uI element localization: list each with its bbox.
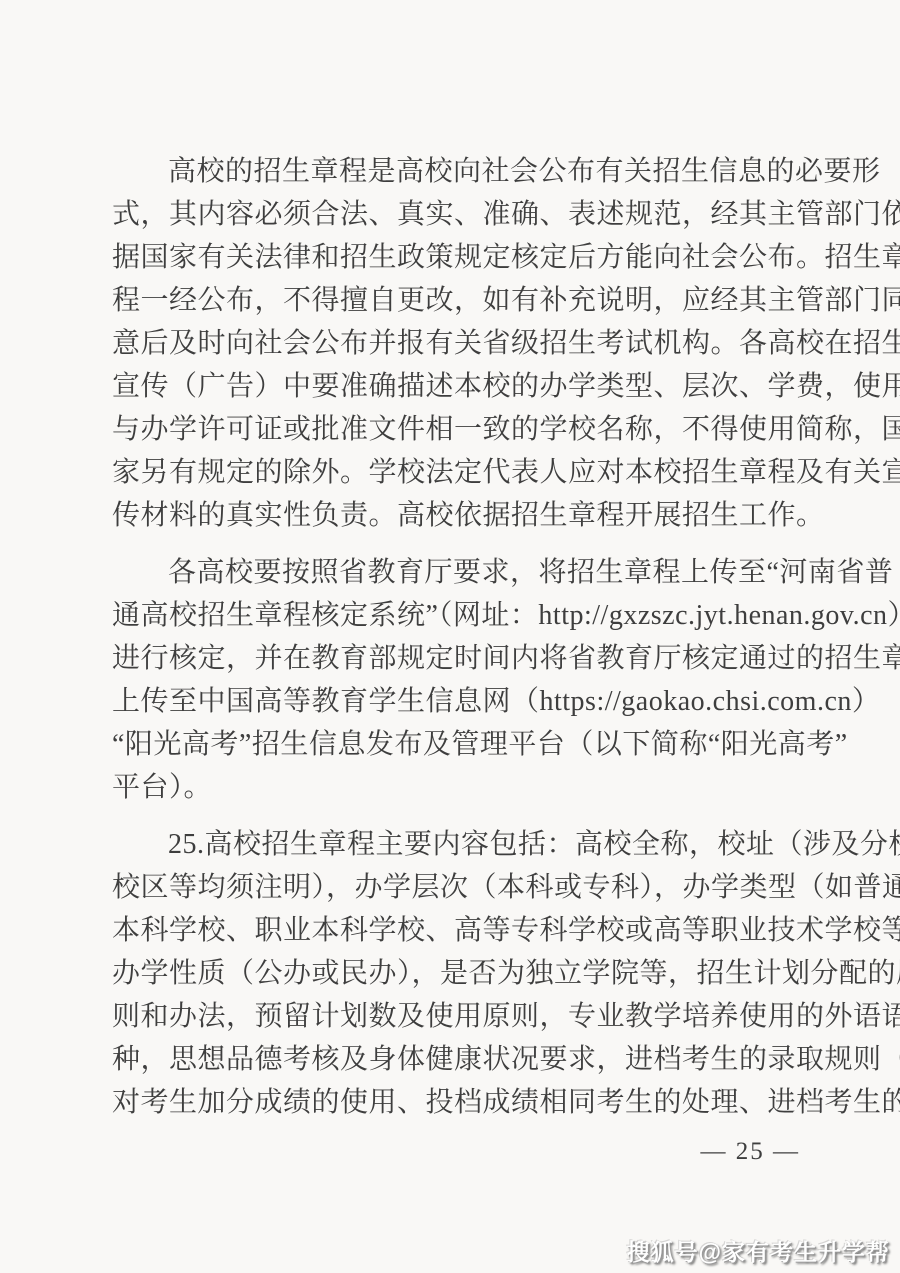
text-line: 与办学许可证或批准文件相一致的学校名称，不得使用简称，国 (112, 408, 798, 451)
document-body: 高校的招生章程是高校向社会公布有关招生信息的必要形式，其内容必须合法、真实、准确… (0, 0, 900, 1124)
text-line: 校区等均须注明），办学层次（本科或专科），办学类型（如普通 (112, 866, 798, 909)
document-page: 高校的招生章程是高校向社会公布有关招生信息的必要形式，其内容必须合法、真实、准确… (0, 0, 900, 1273)
text-line: 传材料的真实性负责。高校依据招生章程开展招生工作。 (112, 494, 798, 537)
text-line: 对考生加分成绩的使用、投档成绩相同考生的处理、进档考生的 (112, 1081, 798, 1124)
text-line: 宣传（广告）中要准确描述本校的办学类型、层次、学费，使用 (112, 365, 798, 408)
text-line: 家另有规定的除外。学校法定代表人应对本校招生章程及有关宣 (112, 451, 798, 494)
text-line: 进行核定，并在教育部规定时间内将省教育厅核定通过的招生章程 (112, 637, 798, 680)
text-line: 种，思想品德考核及身体健康状况要求，进档考生的录取规则（如 (112, 1038, 798, 1081)
page-number: — 25 — (0, 1138, 900, 1166)
text-line: 程一经公布，不得擅自更改，如有补充说明，应经其主管部门同 (112, 279, 798, 322)
text-line: 办学性质（公办或民办），是否为独立学院等，招生计划分配的原 (112, 952, 798, 995)
text-line: 25.高校招生章程主要内容包括：高校全称，校址（涉及分校、 (112, 823, 798, 866)
text-line: 上传至中国高等教育学生信息网（https://gaokao.chsi.com.c… (112, 680, 798, 723)
paragraph-charter-upload: 各高校要按照省教育厅要求，将招生章程上传至“河南省普通高校招生章程核定系统”（网… (112, 551, 798, 809)
text-line: 通高校招生章程核定系统”（网址：http://gxzszc.jyt.henan.… (112, 594, 798, 637)
text-line: 本科学校、职业本科学校、高等专科学校或高等职业技术学校等）， (112, 909, 798, 952)
text-line: 高校的招生章程是高校向社会公布有关招生信息的必要形 (112, 150, 798, 193)
paragraph-charter-definition: 高校的招生章程是高校向社会公布有关招生信息的必要形式，其内容必须合法、真实、准确… (112, 150, 798, 537)
text-line: 据国家有关法律和招生政策规定核定后方能向社会公布。招生章 (112, 236, 798, 279)
text-line: 意后及时向社会公布并报有关省级招生考试机构。各高校在招生 (112, 322, 798, 365)
text-line: “阳光高考”招生信息发布及管理平台（以下简称“阳光高考” (112, 723, 798, 766)
paragraph-item-25-contents: 25.高校招生章程主要内容包括：高校全称，校址（涉及分校、校区等均须注明），办学… (112, 823, 798, 1124)
sohu-watermark: 搜狐号@家有考生升学帮 (627, 1234, 890, 1267)
text-line: 则和办法，预留计划数及使用原则，专业教学培养使用的外语语 (112, 995, 798, 1038)
text-line: 式，其内容必须合法、真实、准确、表述规范，经其主管部门依 (112, 193, 798, 236)
text-line: 各高校要按照省教育厅要求，将招生章程上传至“河南省普 (112, 551, 798, 594)
text-line: 平台）。 (112, 766, 798, 809)
